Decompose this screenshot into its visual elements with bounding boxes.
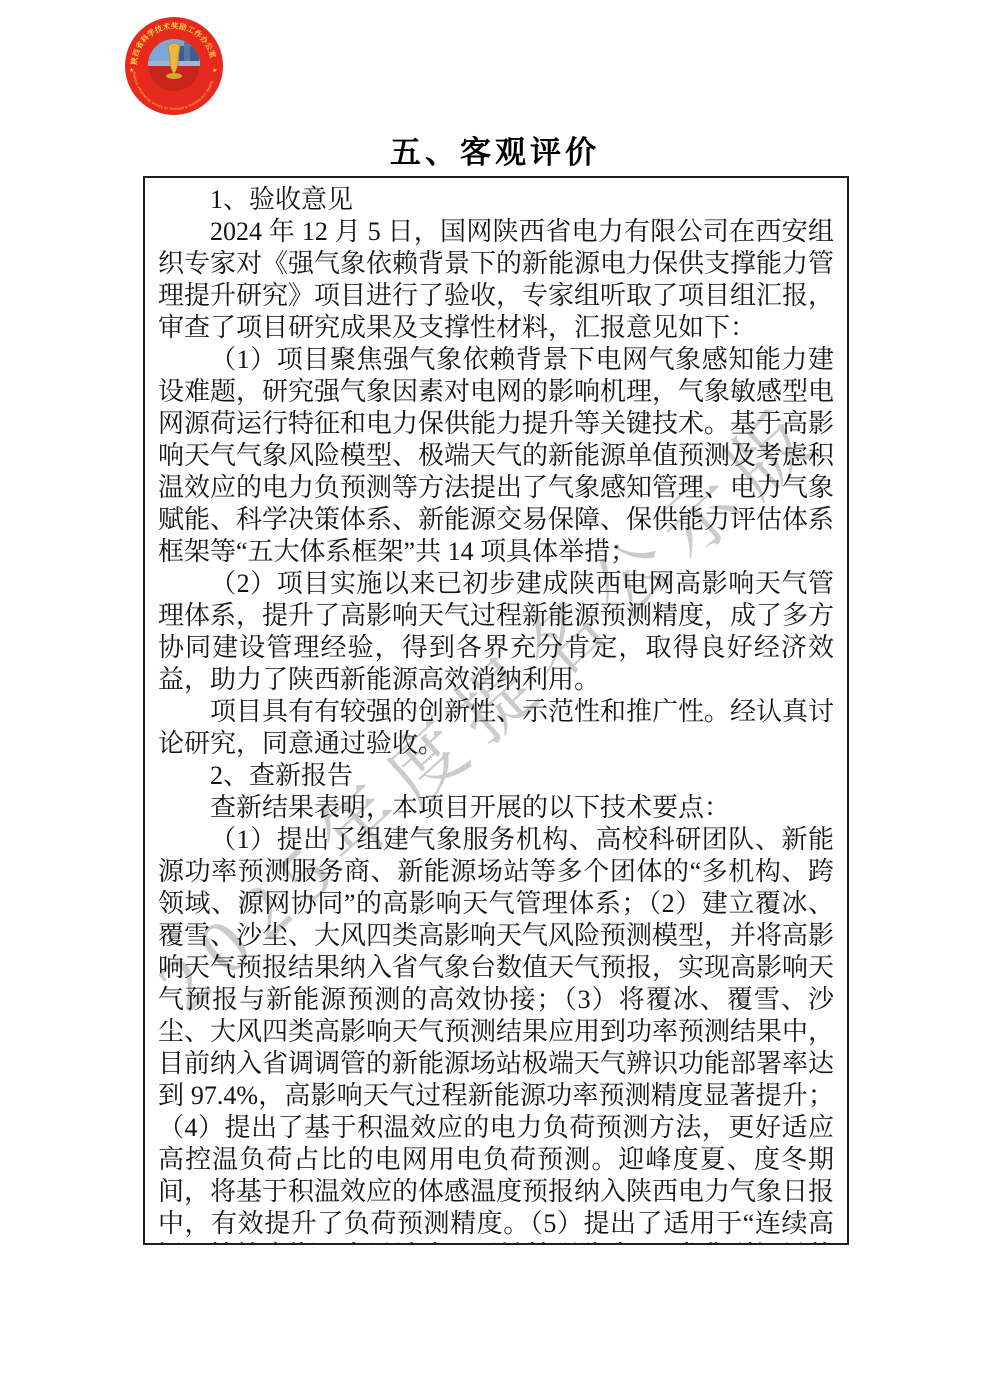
- seal-right-star-icon: ★: [212, 67, 217, 74]
- award-office-seal: 陕西省科学技术奖励工作办公室 SHAANXI PROVINCIAL OFFICE…: [124, 16, 224, 116]
- document-page: 2025年度提名公示版 陕西省科学技术奖励工作办公室: [0, 0, 990, 1399]
- paragraph-novelty-points: （1）提出了组建气象服务机构、高校科研团队、新能源功率预测服务商、新能源场站等多…: [158, 824, 834, 1245]
- paragraph-novelty-intro: 查新结果表明，本项目开展的以下技术要点：: [158, 792, 834, 824]
- paragraph-acceptance-heading: 1、验收意见: [158, 184, 834, 216]
- paragraph-opinion-2: （2）项目实施以来已初步建成陕西电网高影响天气管理体系，提升了高影响天气过程新能…: [158, 568, 834, 696]
- paragraph-acceptance-intro: 2024 年 12 月 5 日，国网陕西省电力有限公司在西安组织专家对《强气象依…: [158, 216, 834, 344]
- evaluation-table: 1、验收意见 2024 年 12 月 5 日，国网陕西省电力有限公司在西安组织专…: [143, 176, 849, 1245]
- seal-graphic: 陕西省科学技术奖励工作办公室 SHAANXI PROVINCIAL OFFICE…: [124, 16, 224, 116]
- section-title: 五、客观评价: [0, 127, 990, 172]
- seal-left-star-icon: ★: [129, 67, 134, 74]
- paragraph-novelty-heading: 2、查新报告: [158, 760, 834, 792]
- paragraph-opinion-1: （1）项目聚焦强气象依赖背景下电网气象感知能力建设难题，研究强气象因素对电网的影…: [158, 344, 834, 568]
- paragraph-conclusion: 项目具有有较强的创新性、示范性和推广性。经认真讨论研究，同意通过验收。: [158, 696, 834, 760]
